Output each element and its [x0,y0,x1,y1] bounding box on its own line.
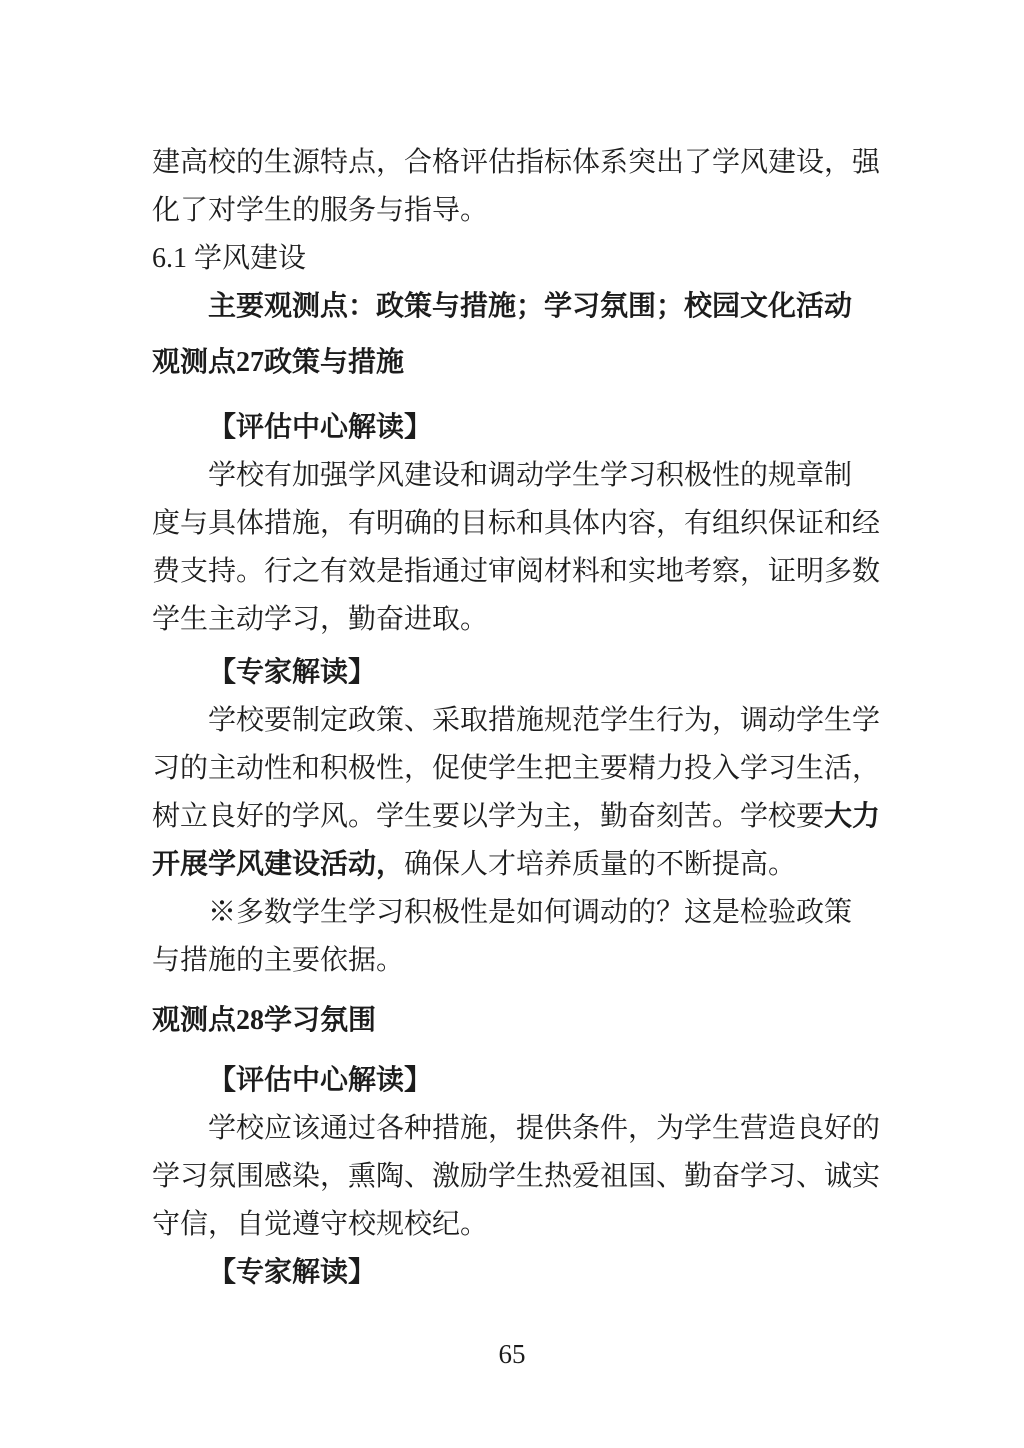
op28-expert-label-line-1: 【专家解读】 [152,1250,892,1298]
text-segment: 确保人才培养质量的不断提高。 [404,849,796,880]
observation-points-summary-line-1: 主要观测点：政策与措施；学习氛围；校园文化活动 [152,284,892,332]
text-segment: 与措施的主要依据。 [152,945,404,976]
section-heading-6-1: 6.1 学风建设 [152,236,892,284]
text-segment: 开展学风建设活动， [152,849,404,880]
op27-note-paragraph-line-2: 与措施的主要依据。 [152,938,892,986]
op28-expert-label: 【专家解读】 [152,1250,892,1298]
op27-center-label: 【评估中心解读】 [152,405,892,453]
text-segment: 主要观测点：政策与措施；学习氛围；校园文化活动 [208,291,852,322]
text-segment: 守信，自觉遵守校规校纪。 [152,1209,488,1240]
op28-center-label: 【评估中心解读】 [152,1058,892,1106]
op27-center-paragraph-line-1: 学校有加强学风建设和调动学生学习积极性的规章制 [152,453,892,501]
op27-heading: 观测点27政策与措施 [152,340,892,388]
text-segment: 学校要制定政策、采取措施规范学生行为，调动学生学 [208,705,880,736]
section-heading-6-1-line-1: 6.1 学风建设 [152,236,892,284]
text-segment: 习的主动性和积极性，促使学生把主要精力投入学习生活， [152,753,880,784]
text-segment: ※多数学生学习积极性是如何调动的？这是检验政策 [208,897,852,928]
intro-paragraph-line-1: 建高校的生源特点，合格评估指标体系突出了学风建设，强 [152,140,892,188]
text-segment: 【评估中心解读】 [208,412,432,443]
text-segment: 【专家解读】 [208,657,376,688]
op27-center-label-line-1: 【评估中心解读】 [152,405,892,453]
page-number: 65 [0,1338,1024,1370]
text-segment: 【评估中心解读】 [208,1065,432,1096]
text-segment: 费支持。行之有效是指通过审阅材料和实地考察，证明多数 [152,556,880,587]
op28-center-paragraph-line-2: 学习氛围感染，熏陶、激励学生热爱祖国、勤奋学习、诚实 [152,1154,892,1202]
text-segment: 【专家解读】 [208,1257,376,1288]
text-segment: 6.1 学风建设 [152,243,306,274]
text-segment: 学校应该通过各种措施，提供条件，为学生营造良好的 [208,1113,880,1144]
text-segment: 度与具体措施，有明确的目标和具体内容，有组织保证和经 [152,508,880,539]
op27-expert-paragraph-line-4: 开展学风建设活动，确保人才培养质量的不断提高。 [152,842,892,890]
op28-center-paragraph-line-3: 守信，自觉遵守校规校纪。 [152,1202,892,1250]
op27-expert-paragraph-line-3: 树立良好的学风。学生要以学为主，勤奋刻苦。学校要大力 [152,794,892,842]
op27-expert-paragraph: 学校要制定政策、采取措施规范学生行为，调动学生学习的主动性和积极性，促使学生把主… [152,698,892,890]
op27-expert-label: 【专家解读】 [152,650,892,698]
op28-center-paragraph-line-1: 学校应该通过各种措施，提供条件，为学生营造良好的 [152,1106,892,1154]
text-segment: 学生主动学习，勤奋进取。 [152,604,488,635]
op27-expert-paragraph-line-2: 习的主动性和积极性，促使学生把主要精力投入学习生活， [152,746,892,794]
text-segment: 观测点28学习氛围 [152,1005,376,1036]
text-segment: 大力 [824,801,880,832]
op28-center-paragraph: 学校应该通过各种措施，提供条件，为学生营造良好的学习氛围感染，熏陶、激励学生热爱… [152,1106,892,1250]
op27-heading-line-1: 观测点27政策与措施 [152,340,892,388]
intro-paragraph: 建高校的生源特点，合格评估指标体系突出了学风建设，强化了对学生的服务与指导。 [152,140,892,236]
text-segment: 建高校的生源特点，合格评估指标体系突出了学风建设，强 [152,147,880,178]
op27-center-paragraph-line-3: 费支持。行之有效是指通过审阅材料和实地考察，证明多数 [152,549,892,597]
intro-paragraph-line-2: 化了对学生的服务与指导。 [152,188,892,236]
op28-heading-line-1: 观测点28学习氛围 [152,998,892,1046]
page-content: 建高校的生源特点，合格评估指标体系突出了学风建设，强化了对学生的服务与指导。6.… [152,140,892,1298]
op28-center-label-line-1: 【评估中心解读】 [152,1058,892,1106]
observation-points-summary: 主要观测点：政策与措施；学习氛围；校园文化活动 [152,284,892,332]
op28-heading: 观测点28学习氛围 [152,998,892,1046]
op27-center-paragraph-line-2: 度与具体措施，有明确的目标和具体内容，有组织保证和经 [152,501,892,549]
text-segment: 树立良好的学风。学生要以学为主，勤奋刻苦。学校要 [152,801,824,832]
op27-center-paragraph: 学校有加强学风建设和调动学生学习积极性的规章制度与具体措施，有明确的目标和具体内… [152,453,892,645]
text-segment: 化了对学生的服务与指导。 [152,195,488,226]
op27-note-paragraph: ※多数学生学习积极性是如何调动的？这是检验政策与措施的主要依据。 [152,890,892,986]
op27-center-paragraph-line-4: 学生主动学习，勤奋进取。 [152,597,892,645]
text-segment: 观测点27政策与措施 [152,347,404,378]
op27-note-paragraph-line-1: ※多数学生学习积极性是如何调动的？这是检验政策 [152,890,892,938]
op27-expert-paragraph-line-1: 学校要制定政策、采取措施规范学生行为，调动学生学 [152,698,892,746]
op27-expert-label-line-1: 【专家解读】 [152,650,892,698]
text-segment: 学校有加强学风建设和调动学生学习积极性的规章制 [208,460,852,491]
text-segment: 学习氛围感染，熏陶、激励学生热爱祖国、勤奋学习、诚实 [152,1161,880,1192]
document-page: 建高校的生源特点，合格评估指标体系突出了学风建设，强化了对学生的服务与指导。6.… [0,0,1024,1448]
